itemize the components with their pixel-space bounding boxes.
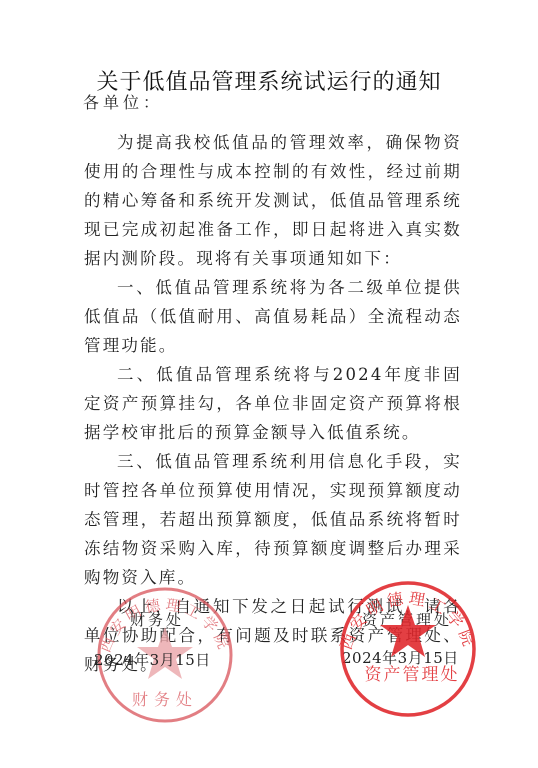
- document-title: 关于低值品管理系统试运行的通知: [0, 65, 538, 96]
- signature-asset-management: 资产管理处 2024年3月15日 西安明德理工学院 资产管理处: [320, 567, 490, 727]
- asset-seal-stamp: 西安明德理工学院 资产管理处: [320, 567, 490, 727]
- asset-seal-center-text: 资产管理处: [365, 665, 460, 685]
- item-two-paragraph: 二、低值品管理系统将与2024年度非固定资产预算挂勾，各单位非固定资产预算将根据…: [84, 360, 462, 447]
- salutation: 各单位：: [83, 90, 163, 113]
- finance-seal-center-text: 财务处: [132, 690, 198, 709]
- star-icon: [380, 605, 436, 657]
- signature-org: 财务处: [130, 609, 184, 630]
- item-one-paragraph: 一、低值品管理系统将为各二级单位提供低值品（低值耐用、高值易耗品）全流程动态管理…: [84, 273, 462, 360]
- signature-finance: 西安明德理工学院 财务处 财务处 2024年3月15日: [80, 575, 250, 735]
- intro-paragraph: 为提高我校低值品的管理效率，确保物资使用的合理性与成本控制的有效性，经过前期的精…: [84, 128, 462, 273]
- signature-date: 2024年3月15日: [94, 649, 211, 670]
